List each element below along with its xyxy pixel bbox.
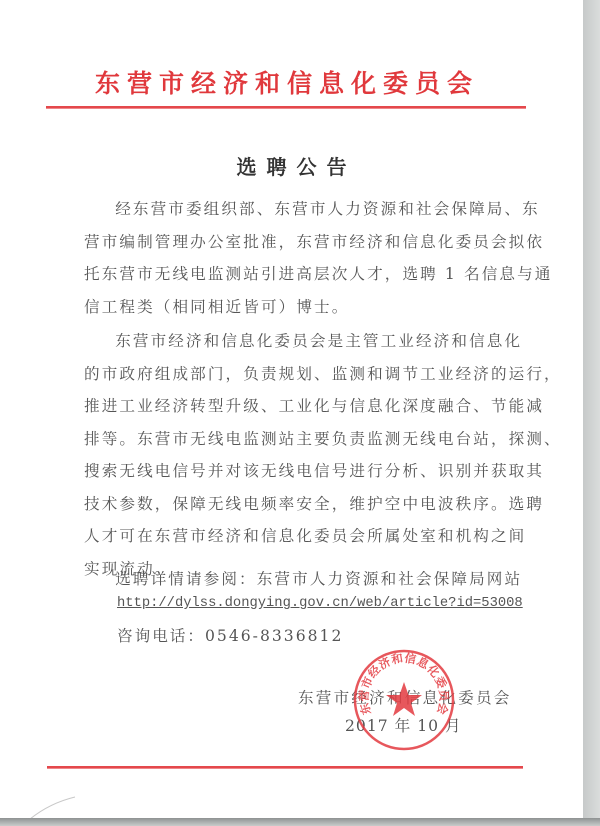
paragraph-3: 选聘详情请参阅：东营市人力资源和社会保障局网站 (84, 563, 524, 596)
scan-mark-icon (20, 795, 80, 820)
paragraph-1: 经东营市委组织部、东营市人力资源和社会保障局、东 营市编制管理办公室批准，东营市… (84, 193, 524, 323)
scan-background-right (583, 0, 600, 818)
details-link[interactable]: http://dylss.dongying.gov.cn/web/article… (117, 596, 523, 611)
notice-title: 选聘公告 (0, 151, 583, 180)
text-line: 经东营市委组织部、东营市人力资源和社会保障局、东 (84, 193, 524, 226)
scan-background-bottom (0, 818, 600, 826)
text-line: 推进工业经济转型升级、工业化与信息化深度融合、节能减 (84, 390, 524, 423)
organization-header: 东营市经济和信息化委员会 (48, 64, 526, 100)
document-page: 东营市经济和信息化委员会 选聘公告 经东营市委组织部、东营市人力资源和社会保障局… (0, 0, 583, 818)
text-line: 技术参数，保障无线电频率安全，维护空中电波秩序。选聘 (84, 488, 524, 521)
phone-label: 咨询电话： (117, 627, 205, 645)
header-red-rule (46, 106, 526, 109)
text-line: 信工程类（相同相近皆可）博士。 (84, 291, 524, 324)
text-line: 营市编制管理办公室批准，东营市经济和信息化委员会拟依 (84, 226, 524, 259)
text-line: 的市政府组成部门，负责规划、监测和调节工业经济的运行， (84, 358, 524, 391)
contact-phone: 咨询电话：0546-8336812 (117, 624, 343, 646)
text-line: 托东营市无线电监测站引进高层次人才，选聘 1 名信息与通 (84, 258, 524, 291)
footer-red-rule (47, 766, 523, 769)
text-line: 搜索无线电信号并对该无线电信号进行分析、识别并获取其 (84, 455, 524, 488)
text-line: 排等。东营市无线电监测站主要负责监测无线电台站，探测、 (84, 423, 524, 456)
paragraph-2: 东营市经济和信息化委员会是主管工业经济和信息化 的市政府组成部门，负责规划、监测… (84, 325, 524, 585)
text-line: 选聘详情请参阅：东营市人力资源和社会保障局网站 (84, 563, 524, 596)
official-seal-icon: 东营市经济和信息化委员会 (352, 648, 456, 752)
text-line: 人才可在东营市经济和信息化委员会所属处室和机构之间 (84, 520, 524, 553)
text-line: 东营市经济和信息化委员会是主管工业经济和信息化 (84, 325, 524, 358)
phone-number: 0546-8336812 (205, 627, 343, 645)
